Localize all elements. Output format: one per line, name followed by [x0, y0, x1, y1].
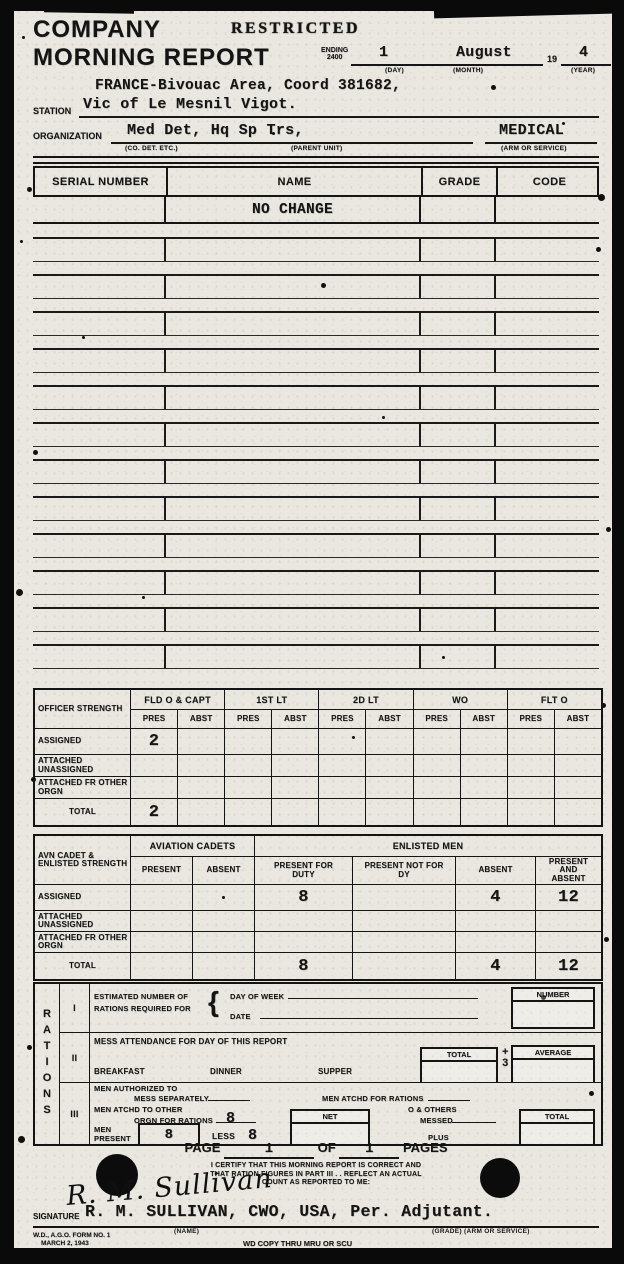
subcol-abst: ABST — [271, 709, 318, 728]
officer-cell — [507, 776, 554, 798]
blank-grade-cell — [419, 313, 494, 335]
officer-cell — [554, 798, 601, 825]
organization-sublabel-2: (PARENT UNIT) — [291, 145, 342, 152]
officer-cell — [271, 728, 318, 754]
messed-label: MESSED — [420, 1116, 453, 1125]
blank-serial-cell — [33, 461, 164, 483]
officer-cell — [460, 754, 507, 776]
subcol-pres: PRES — [507, 709, 554, 728]
roster-blank-row — [33, 533, 599, 558]
enlisted-cell — [192, 931, 254, 952]
enlisted-cell — [192, 952, 254, 979]
rations-numeral-3: III — [59, 1082, 89, 1144]
officer-cell — [224, 728, 271, 754]
brace-glyph: { — [208, 986, 219, 1018]
organization-blank-line: Med Det, Hq Sp Trs, — [111, 118, 473, 144]
officer-cell — [271, 798, 318, 825]
page-value: 1 — [224, 1141, 314, 1159]
station-label: STATION — [33, 106, 71, 116]
officer-cell — [318, 776, 365, 798]
form-number: W.D., A.G.O. FORM NO. 1 — [33, 1232, 110, 1240]
roster-blank-row — [33, 311, 599, 336]
enlisted-row-label: ATTACHED UNASSIGNED — [35, 910, 130, 931]
divide-bottom: 3 — [502, 1058, 508, 1069]
blank-name-cell — [164, 572, 419, 594]
ending-time: 2400 — [321, 54, 348, 61]
ending-2400-label: ENDING 2400 — [321, 47, 348, 61]
rations-numeral-2: II — [59, 1032, 89, 1082]
roster-blank-row — [33, 348, 599, 373]
blank-serial-cell — [33, 424, 164, 446]
blank-serial-cell — [33, 239, 164, 261]
enlisted-cell — [352, 952, 455, 979]
rations-section: RATIONS I ESTIMATED NUMBER OF RATIONS RE… — [33, 982, 603, 1146]
col-cadet-absent: ABSENT — [192, 856, 254, 884]
branch-blank-line: MEDICAL — [485, 118, 597, 144]
blank-name-cell — [164, 239, 419, 261]
officer-cell — [224, 754, 271, 776]
date-blank — [260, 1010, 478, 1019]
roster-blank-row — [33, 607, 599, 632]
form-header: COMPANY RESTRICTED MORNING REPORT ENDING… — [33, 14, 599, 156]
col-absent: ABSENT — [455, 856, 535, 884]
report-year-value: 4 — [579, 44, 588, 61]
signature-label: SIGNATURE — [33, 1212, 80, 1221]
blank-name-cell — [164, 313, 419, 335]
enlisted-total-pa: 12 — [535, 952, 601, 979]
officer-group-2d-lt: 2D LT — [318, 690, 412, 709]
officer-cell — [507, 754, 554, 776]
grade-sublabel: (GRADE) (ARM OR SERVICE) — [432, 1228, 530, 1235]
roster-table: SERIAL NUMBER NAME GRADE CODE NO CHANGE — [33, 156, 599, 681]
officer-cell — [554, 754, 601, 776]
roster-blank-row — [33, 570, 599, 595]
officer-cell — [365, 776, 412, 798]
subcol-abst: ABST — [177, 709, 224, 728]
group-enlisted-men: ENLISTED MEN — [254, 836, 601, 856]
blank-grade-cell — [419, 609, 494, 631]
blank-name-cell — [164, 646, 419, 668]
roster-top-double-rule — [33, 156, 599, 164]
blank-code-cell — [494, 572, 599, 594]
blank-grade-cell — [419, 535, 494, 557]
officer-group-fldo-capt: FLD O & CAPT — [130, 690, 224, 709]
officer-group-wo: WO — [413, 690, 507, 709]
year-sublabel: (YEAR) — [571, 67, 595, 74]
officer-cell — [413, 728, 460, 754]
enlisted-cell — [130, 931, 192, 952]
enlisted-cell — [130, 884, 192, 910]
enlisted-assigned-pa: 12 — [535, 884, 601, 910]
enlisted-cell — [352, 910, 455, 931]
blank-code-cell — [494, 646, 599, 668]
enlisted-cell — [352, 931, 455, 952]
officer-cell — [318, 798, 365, 825]
subcol-pres: PRES — [413, 709, 460, 728]
mess-total-label: TOTAL — [422, 1049, 496, 1062]
men-authorized-label: MEN AUTHORIZED TO — [94, 1084, 177, 1093]
organization-value: Med Det, Hq Sp Trs, — [127, 122, 304, 139]
blank-code-cell — [494, 424, 599, 446]
day-sublabel: (DAY) — [385, 67, 404, 74]
net-box: NET — [290, 1109, 370, 1144]
blank-grade-cell — [419, 276, 494, 298]
form-title-line1: COMPANY — [33, 16, 161, 44]
officer-cell — [460, 728, 507, 754]
blank-name-cell — [164, 609, 419, 631]
mess-separately-blank — [208, 1092, 250, 1101]
enlisted-row-label: ASSIGNED — [35, 884, 130, 910]
day-of-week-label: DAY OF WEEK — [230, 992, 284, 1001]
rations-numeral-1: I — [59, 984, 89, 1032]
officer-total-fldo-pres: 2 — [130, 798, 177, 825]
report-day-value: 1 — [379, 44, 388, 61]
blank-name-cell — [164, 498, 419, 520]
subcol-abst: ABST — [460, 709, 507, 728]
pages-value: 1 — [339, 1141, 399, 1159]
roster-blank-row — [33, 644, 599, 669]
officer-row-label: ATTACHED FR OTHER ORGN — [35, 776, 130, 798]
blank-serial-cell — [33, 498, 164, 520]
officer-cell — [554, 728, 601, 754]
date-label: DATE — [230, 1012, 251, 1021]
roster-entry-code-cell — [494, 197, 599, 222]
rations-total-box: TOTAL — [519, 1109, 595, 1144]
enlisted-strength-table: AVN CADET & ENLISTED STRENGTH AVIATION C… — [33, 834, 603, 981]
organization-sublabel-1: (CO. DET. ETC.) — [125, 145, 178, 152]
form-date: MARCH 2, 1943 — [41, 1240, 89, 1248]
number-box: NUMBER — [511, 987, 595, 1029]
scan-top-tear — [44, 7, 134, 14]
enlisted-total-absent: 4 — [455, 952, 535, 979]
enlisted-total-pfd: 8 — [254, 952, 352, 979]
blank-name-cell — [164, 387, 419, 409]
officer-cell — [365, 728, 412, 754]
roster-blank-row — [33, 274, 599, 299]
officer-cell — [224, 798, 271, 825]
enlisted-cell — [192, 910, 254, 931]
blank-serial-cell — [33, 387, 164, 409]
blank-code-cell — [494, 609, 599, 631]
supper-label: SUPPER — [318, 1067, 352, 1076]
roster-header-row: SERIAL NUMBER NAME GRADE CODE — [33, 166, 599, 197]
blank-serial-cell — [33, 276, 164, 298]
restricted-stamp: RESTRICTED — [231, 20, 360, 38]
enlisted-strength-title: AVN CADET & ENLISTED STRENGTH — [35, 836, 130, 884]
men-atchd-other-label: MEN ATCHD TO OTHER — [94, 1105, 182, 1114]
estimated-label-2: RATIONS REQUIRED FOR — [94, 1004, 191, 1013]
blank-name-cell — [164, 424, 419, 446]
blank-serial-cell — [33, 646, 164, 668]
enlisted-cell — [352, 884, 455, 910]
officer-cell — [177, 754, 224, 776]
officer-cell — [365, 798, 412, 825]
blank-code-cell — [494, 239, 599, 261]
station-value: Vic of Le Mesnil Vigot. — [83, 96, 297, 113]
branch-value: MEDICAL — [499, 122, 564, 139]
punch-hole-right — [480, 1158, 520, 1198]
subcol-abst: ABST — [554, 709, 601, 728]
blank-name-cell — [164, 276, 419, 298]
scan-noise-specks — [22, 36, 25, 39]
rations-row-1: ESTIMATED NUMBER OF RATIONS REQUIRED FOR… — [89, 984, 601, 1032]
blank-name-cell — [164, 461, 419, 483]
number-box-label: NUMBER — [513, 989, 593, 1002]
roster-col-serial-number: SERIAL NUMBER — [35, 168, 166, 195]
report-month-value: August — [456, 44, 512, 61]
officer-cell — [318, 728, 365, 754]
enlisted-assigned-pfd: 8 — [254, 884, 352, 910]
officer-cell — [177, 798, 224, 825]
blank-grade-cell — [419, 461, 494, 483]
blank-code-cell — [494, 498, 599, 520]
ending-label: ENDING — [321, 47, 348, 54]
estimated-label-1: ESTIMATED NUMBER OF — [94, 992, 188, 1001]
officer-cell — [365, 754, 412, 776]
men-atchd-blank — [428, 1092, 470, 1101]
signature-row: SIGNATURE R. M. SULLIVAN, CWO, USA, Per.… — [33, 1200, 599, 1228]
mess-total-box: TOTAL — [420, 1047, 498, 1082]
enlisted-cell — [192, 884, 254, 910]
blank-name-cell — [164, 350, 419, 372]
blank-grade-cell — [419, 424, 494, 446]
blank-code-cell — [494, 350, 599, 372]
breakfast-label: BREAKFAST — [94, 1067, 145, 1076]
roster-blank-row — [33, 385, 599, 410]
blank-grade-cell — [419, 646, 494, 668]
enlisted-cell — [455, 931, 535, 952]
subcol-pres: PRES — [224, 709, 271, 728]
col-present-not-for-dy: PRESENT NOT FOR DY — [352, 856, 455, 884]
blank-code-cell — [494, 461, 599, 483]
roster-blank-row — [33, 237, 599, 262]
roster-entry-grade-cell — [419, 197, 494, 222]
men-label: MEN — [94, 1125, 111, 1134]
of-label: OF — [318, 1140, 336, 1155]
officer-row-label: ATTACHED UNASSIGNED — [35, 754, 130, 776]
group-aviation-cadets: AVIATION CADETS — [130, 836, 254, 856]
branch-sublabel: (ARM OR SERVICE) — [501, 145, 567, 152]
officer-cell — [507, 798, 554, 825]
blank-name-cell — [164, 535, 419, 557]
enlisted-total-label: TOTAL — [35, 952, 130, 979]
average-box-label: AVERAGE — [513, 1047, 593, 1060]
year-blank-line: 4 — [561, 42, 611, 66]
date-blank-line: 1 August — [351, 42, 543, 66]
officer-cell — [271, 776, 318, 798]
officer-cell — [507, 728, 554, 754]
roster-entry-serial-cell — [33, 197, 164, 222]
page-label: PAGE — [184, 1140, 220, 1155]
roster-entry-row: NO CHANGE — [33, 197, 599, 224]
mess-separately-label: MESS SEPARATELY — [134, 1094, 209, 1103]
officer-cell — [413, 754, 460, 776]
rations-total-label: TOTAL — [521, 1111, 593, 1124]
blank-serial-cell — [33, 609, 164, 631]
blank-code-cell — [494, 387, 599, 409]
blank-code-cell — [494, 313, 599, 335]
officer-cell — [177, 728, 224, 754]
pages-label: PAGES — [403, 1140, 448, 1155]
officer-cell — [224, 776, 271, 798]
enlisted-cell — [254, 910, 352, 931]
men-atchd-for-rations-label: MEN ATCHD FOR RATIONS — [322, 1094, 424, 1103]
day-of-week-blank — [288, 990, 478, 999]
blank-serial-cell — [33, 313, 164, 335]
enlisted-cell — [535, 931, 601, 952]
station-blank-line: Vic of Le Mesnil Vigot. — [79, 92, 599, 118]
enlisted-cell — [455, 910, 535, 931]
blank-code-cell — [494, 276, 599, 298]
officer-strength-title: OFFICER STRENGTH — [35, 690, 130, 728]
blank-serial-cell — [33, 350, 164, 372]
subcol-abst: ABST — [365, 709, 412, 728]
distribution-note: WD COPY THRU MRU OR SCU — [243, 1240, 352, 1248]
officer-total-label: TOTAL — [35, 798, 130, 825]
officer-cell — [554, 776, 601, 798]
enlisted-cell — [130, 952, 192, 979]
month-sublabel: (MONTH) — [453, 67, 483, 74]
roster-col-code: CODE — [496, 168, 601, 195]
form-title-line2: MORNING REPORT — [33, 44, 270, 72]
messed-blank — [452, 1114, 496, 1123]
net-box-label: NET — [292, 1111, 368, 1124]
rations-row-2: MESS ATTENDANCE FOR DAY OF THIS REPORT B… — [89, 1032, 601, 1082]
officer-assigned-fldo-pres: 2 — [130, 728, 177, 754]
signature-typed: R. M. SULLIVAN, CWO, USA, Per. Adjutant. — [85, 1202, 493, 1221]
officer-strength-table: OFFICER STRENGTH FLD O & CAPT 1ST LT 2D … — [33, 688, 603, 827]
officer-cell — [460, 776, 507, 798]
mess-attendance-title: MESS ATTENDANCE FOR DAY OF THIS REPORT — [94, 1037, 287, 1046]
blank-grade-cell — [419, 350, 494, 372]
roster-blank-row — [33, 459, 599, 484]
roster-col-grade: GRADE — [421, 168, 496, 195]
blank-serial-cell — [33, 535, 164, 557]
scanned-morning-report-page: COMPANY RESTRICTED MORNING REPORT ENDING… — [14, 6, 612, 1248]
dinner-label: DINNER — [210, 1067, 242, 1076]
roster-entry-no-change: NO CHANGE — [164, 197, 419, 222]
officer-cell — [413, 776, 460, 798]
name-sublabel: (NAME) — [174, 1228, 199, 1235]
subcol-pres: PRES — [130, 709, 177, 728]
orgn-for-rations-blank — [216, 1114, 256, 1123]
blank-serial-cell — [33, 572, 164, 594]
roster-blank-row — [33, 496, 599, 521]
blank-grade-cell — [419, 572, 494, 594]
organization-label: ORGANIZATION — [33, 131, 102, 141]
enlisted-cell — [130, 910, 192, 931]
rations-side-label: RATIONS — [35, 984, 59, 1144]
officer-group-1st-lt: 1ST LT — [224, 690, 318, 709]
enlisted-assigned-absent: 4 — [455, 884, 535, 910]
enlisted-cell — [535, 910, 601, 931]
blank-code-cell — [494, 535, 599, 557]
officer-cell — [130, 776, 177, 798]
officer-cell — [460, 798, 507, 825]
officer-cell — [177, 776, 224, 798]
officer-cell — [413, 798, 460, 825]
year-prefix: 19 — [547, 54, 557, 64]
roster-blank-row — [33, 422, 599, 447]
enlisted-cell — [254, 931, 352, 952]
blank-grade-cell — [419, 239, 494, 261]
officer-cell — [318, 754, 365, 776]
blank-grade-cell — [419, 498, 494, 520]
col-present-for-duty: PRESENT FOR DUTY — [254, 856, 352, 884]
divide-by-three: + 3 — [502, 1047, 508, 1069]
rations-row-3: MEN AUTHORIZED TO MESS SEPARATELY MEN AT… — [89, 1082, 601, 1144]
average-box: AVERAGE — [511, 1045, 595, 1082]
enlisted-row-label: ATTACHED FR OTHER ORGN — [35, 931, 130, 952]
officer-cell — [130, 754, 177, 776]
roster-col-name: NAME — [166, 168, 421, 195]
o-and-others-label: O & OTHERS — [408, 1105, 457, 1114]
subcol-pres: PRES — [318, 709, 365, 728]
col-present-and-absent: PRESENT AND ABSENT — [535, 856, 601, 884]
officer-cell — [271, 754, 318, 776]
officer-group-flt-o: FLT O — [507, 690, 601, 709]
col-cadet-present: PRESENT — [130, 856, 192, 884]
officer-row-label: ASSIGNED — [35, 728, 130, 754]
blank-grade-cell — [419, 387, 494, 409]
